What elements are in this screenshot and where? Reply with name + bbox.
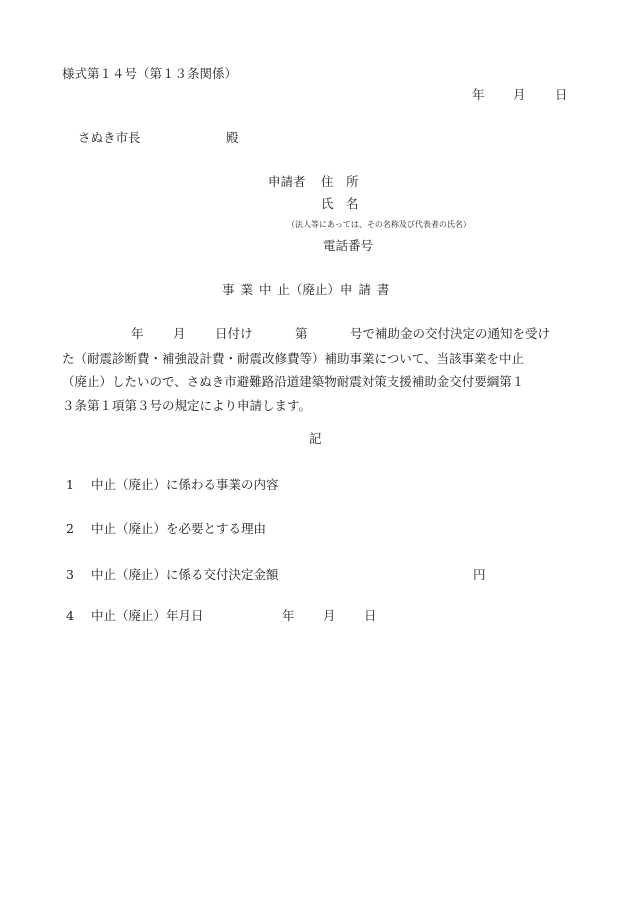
item-4-number: 4 [66,610,74,623]
date-month-label: 月 [513,89,526,102]
form-number: 様式第１４号（第１３条関係） [62,68,237,81]
body-day-label: 日付け [215,328,253,341]
body-paragraph: 年 月 日付け 第 号で補助金の交付決定の通知を受け た（耐震診断費・補強設計費… [62,323,580,417]
name-label: 氏 名 [321,198,359,211]
name-note: （法人等にあっては、その名称及び代表者の氏名） [287,221,471,229]
body-line-3: （廃止）したいので、さぬき市避難路沿道建築物耐震対策支援補助金交付要綱第１ [62,370,580,394]
body-year-label: 年 [131,328,144,341]
item-2-number: 2 [66,523,74,536]
body-line-2: た（耐震診断費・補強設計費・耐震改修費等）補助事業について、当該事業を中止 [62,347,580,371]
addressee-honorific: 殿 [226,132,239,145]
item-4-year: 年 [282,610,295,623]
body-number-prefix: 第 [295,328,308,341]
body-line-4: ３条第１項第３号の規定により申請します。 [62,394,580,418]
item-1-text: 中止（廃止）に係わる事業の内容 [91,479,279,492]
ki-marker: 記 [309,433,322,446]
document-title: 事 業 中 止（廃止）申 請 書 [222,284,389,297]
date-year-label: 年 [472,89,485,102]
addressee-name: さぬき市長 [78,132,141,145]
item-2-text: 中止（廃止）を必要とする理由 [91,523,266,536]
item-3-text: 中止（廃止）に係る交付決定金額 [91,569,279,582]
item-3-unit: 円 [473,569,486,582]
applicant-label: 申請者 [268,176,306,189]
item-4-month: 月 [323,610,336,623]
item-3-number: 3 [66,569,74,582]
phone-label: 電話番号 [323,240,373,253]
item-1-number: 1 [66,479,74,492]
address-label: 住 所 [321,176,359,189]
body-line-1: 年 月 日付け 第 号で補助金の交付決定の通知を受け [62,323,580,347]
item-4-text: 中止（廃止）年月日 [91,610,204,623]
date-day-label: 日 [555,89,568,102]
body-line-1-rest: 号で補助金の交付決定の通知を受け [350,328,550,341]
item-4-day: 日 [364,610,377,623]
body-month-label: 月 [173,328,186,341]
